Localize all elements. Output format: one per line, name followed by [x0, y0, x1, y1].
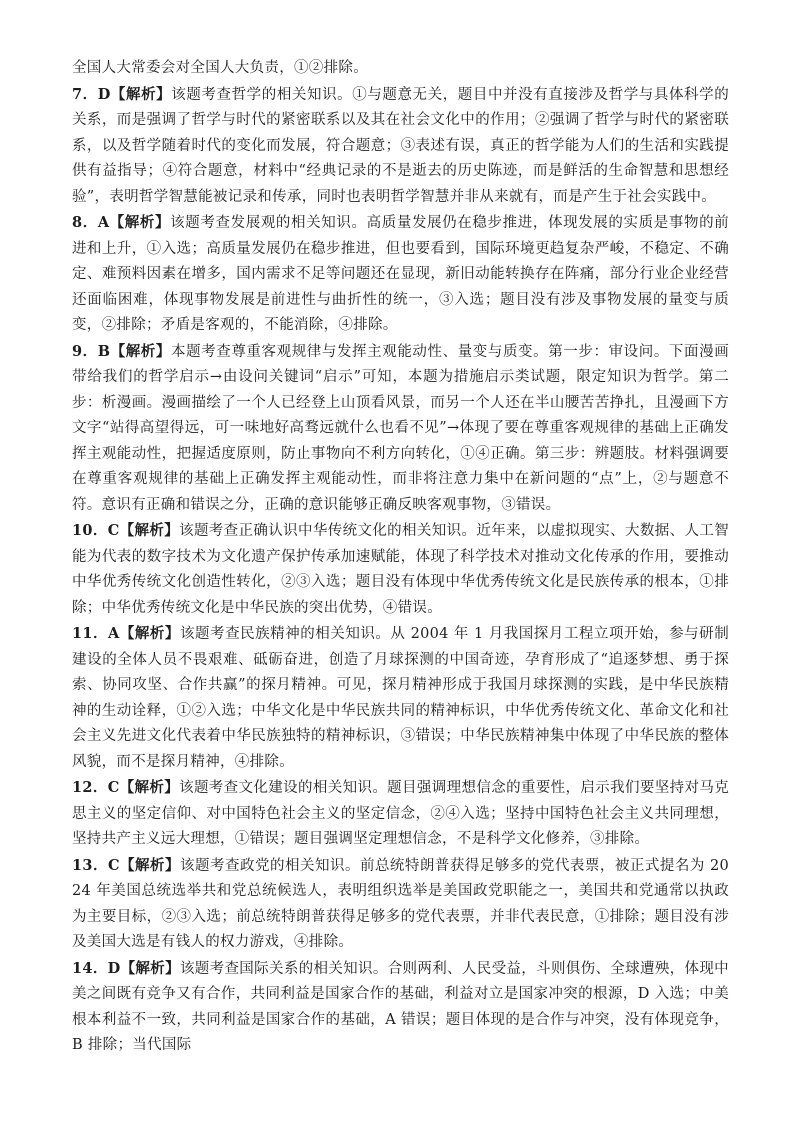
- answer-item-10: 10．C【解析】该题考查正确认识中华传统文化的相关知识。近年来，以虚拟现实、大数…: [72, 518, 729, 621]
- answer-item-12: 12．C【解析】该题考查文化建设的相关知识。题目强调理想信念的重要性，启示我们要…: [72, 775, 729, 853]
- answer-item-13: 13．C【解析】该题考查政党的相关知识。前总统特朗普获得足够多的党代表票，被正式…: [72, 853, 729, 956]
- item-analysis-text: 该题考查发展观的相关知识。高质量发展仍在稳步推进，体现发展的实质是事物的前进和上…: [72, 215, 729, 333]
- item-number-and-answer: 10．C【解析】: [72, 522, 179, 539]
- item-analysis-text: 本题考查尊重客观规律与发挥主观能动性、量变与质变。第一步：审设问。下面漫画带给我…: [72, 344, 729, 513]
- answer-item-9: 9．B【解析】本题考查尊重客观规律与发挥主观能动性、量变与质变。第一步：审设问。…: [72, 339, 729, 519]
- item-number-and-answer: 8．A【解析】: [72, 214, 170, 231]
- continuation-paragraph: 全国人大常委会对全国人大负责，①②排除。: [72, 56, 729, 82]
- item-analysis-text: 该题考查民族精神的相关知识。从 2004 年 1 月我国探月工程立项开始，参与研…: [72, 626, 729, 770]
- item-number-and-answer: 13．C【解析】: [72, 857, 180, 874]
- answer-item-8: 8．A【解析】该题考查发展观的相关知识。高质量发展仍在稳步推进，体现发展的实质是…: [72, 210, 729, 339]
- document-page: 全国人大常委会对全国人大负责，①②排除。 7．D【解析】该题考查哲学的相关知识。…: [0, 0, 800, 1131]
- item-number-and-answer: 9．B【解析】: [72, 343, 171, 360]
- answer-item-11: 11．A【解析】该题考查民族精神的相关知识。从 2004 年 1 月我国探月工程…: [72, 621, 729, 775]
- item-number-and-answer: 11．A【解析】: [72, 625, 180, 642]
- item-number-and-answer: 14．D【解析】: [72, 960, 180, 977]
- item-number-and-answer: 7．D【解析】: [72, 86, 171, 103]
- paragraph-text: 全国人大常委会对全国人大负责，①②排除。: [72, 60, 368, 76]
- answer-item-7: 7．D【解析】该题考查哲学的相关知识。①与题意无关，题目中并没有直接涉及哲学与具…: [72, 82, 729, 211]
- item-analysis-text: 该题考查哲学的相关知识。①与题意无关，题目中并没有直接涉及哲学与具体科学的关系，…: [72, 87, 729, 205]
- answer-item-14: 14．D【解析】该题考查国际关系的相关知识。合则两利、人民受益，斗则俱伤、全球遭…: [72, 956, 729, 1059]
- item-number-and-answer: 12．C【解析】: [72, 779, 179, 796]
